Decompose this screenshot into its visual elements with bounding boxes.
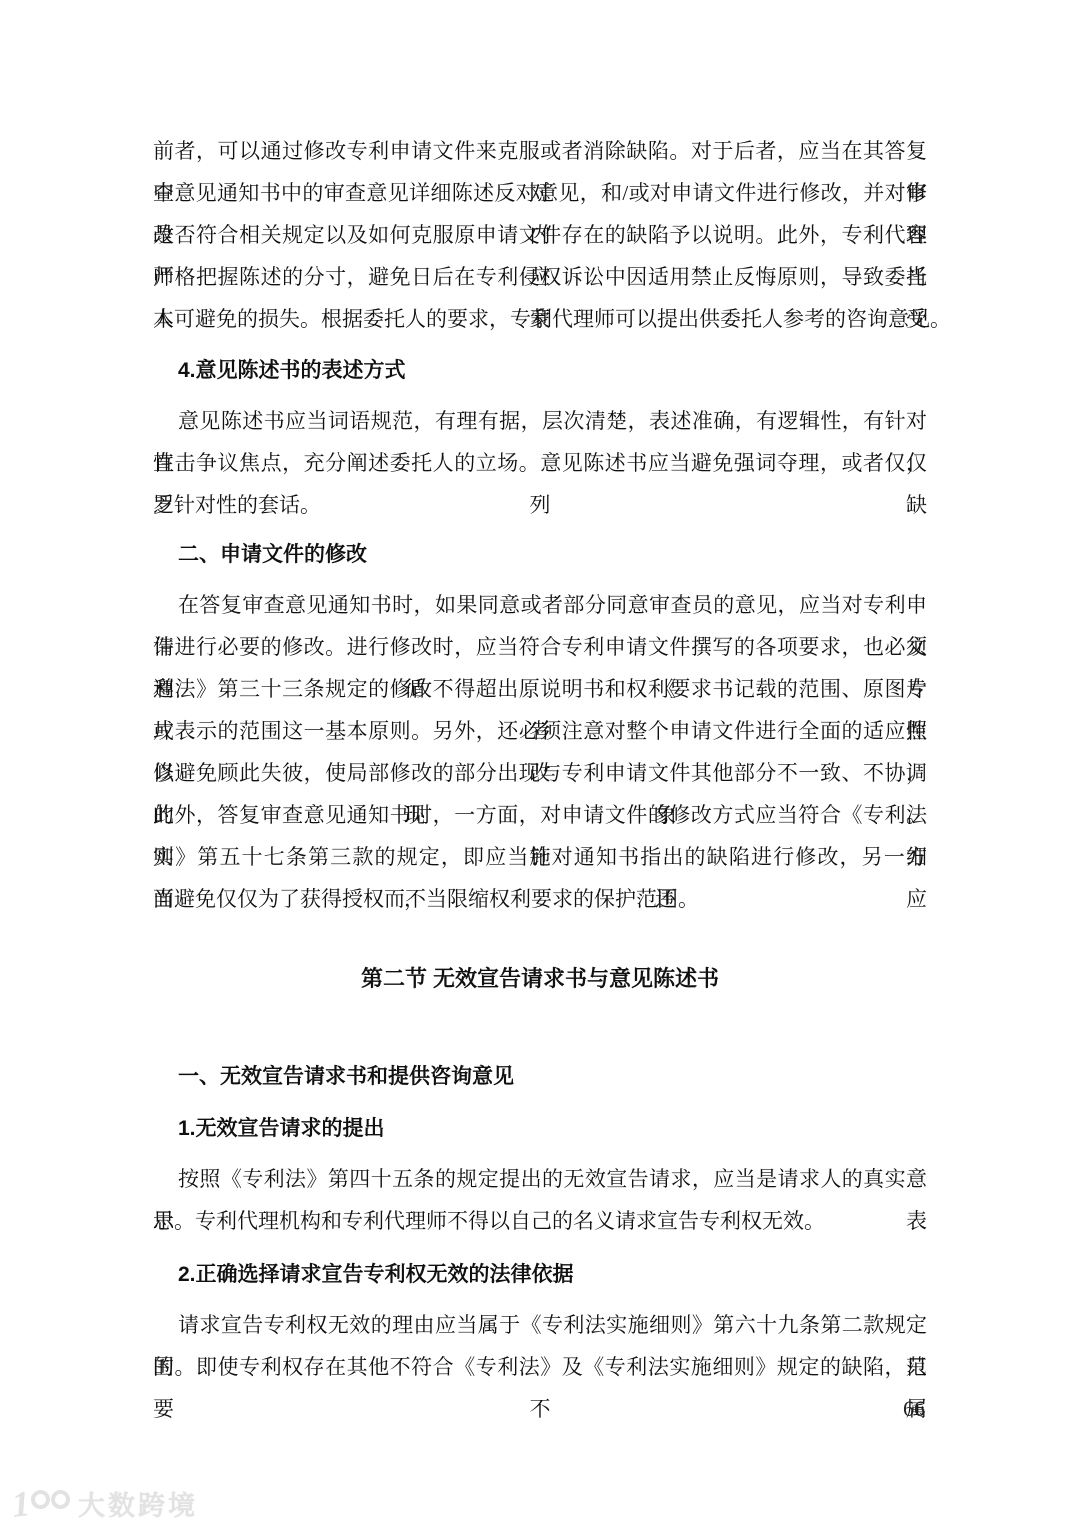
text-line: 意见陈述书应当词语规范，有理有据，层次清楚，表述准确，有逻辑性，有针对性，: [153, 400, 927, 442]
heading-invalidation-request: 一、无效宣告请求书和提供咨询意见: [153, 1056, 927, 1098]
text-line: 以避免顾此失彼，使局部修改的部分出现与专利申请文件其他部分不一致、不协调的现象。: [153, 752, 927, 794]
text-line: 严格把握陈述的分寸，避免日后在专利侵权诉讼中因适用禁止反悔原则，导致委托人蒙受: [153, 256, 927, 298]
watermark: 1 大数跨境: [12, 1484, 198, 1523]
page-number: 66: [903, 1396, 925, 1422]
heading-filing-invalidation: 1.无效宣告请求的提出: [153, 1108, 927, 1150]
text-line: 片表示的范围这一基本原则。另外，还必须注意对整个申请文件进行全面的适应性修改，: [153, 710, 927, 752]
text-line: 此外，答复审查意见通知书时，一方面，对申请文件的修改方式应当符合《专利法实施细: [153, 794, 927, 836]
document-page: 前者，可以通过修改专利申请文件来克服或者消除缺陷。对于后者，应当在其答复中对审 …: [0, 0, 1080, 1527]
watermark-digit: 1: [10, 1488, 31, 1520]
text-line: 件进行必要的修改。进行修改时，应当符合专利申请文件撰写的各项要求，也必须遵循《专: [153, 626, 927, 668]
watermark-100-icon: 1: [12, 1489, 70, 1519]
section-title: 第二节 无效宣告请求书与意见陈述书: [153, 958, 927, 1000]
text-line: 则》第五十七条第三款的规定，即应当针对通知书指出的缺陷进行修改，另一方面，还应: [153, 836, 927, 878]
heading-legal-basis: 2.正确选择请求宣告专利权无效的法律依据: [153, 1254, 927, 1296]
heading-expression-style: 4.意见陈述书的表述方式: [153, 350, 927, 392]
text-line: 本可避免的损失。根据委托人的要求，专利代理师可以提出供委托人参考的咨询意见。: [153, 298, 927, 340]
text-line: 查意见通知书中的审查意见详细陈述反对意见，和/或对申请文件进行修改，并对修改内容: [153, 172, 927, 214]
text-line: 示。专利代理机构和专利代理师不得以自己的名义请求宣告专利权无效。: [153, 1200, 927, 1242]
watermark-ring-icon: [51, 1490, 70, 1509]
watermark-brand-text: 大数跨境: [78, 1484, 198, 1523]
heading-application-amendment: 二、申请文件的修改: [153, 534, 927, 576]
text-line: 利法》第三十三条规定的修改不得超出原说明书和权利要求书记载的范围、原图片或者照: [153, 668, 927, 710]
text-line: 请求宣告专利权无效的理由应当属于《专利法实施细则》第六十九条第二款规定的范: [153, 1304, 927, 1346]
text-line: 按照《专利法》第四十五条的规定提出的无效宣告请求，应当是请求人的真实意思表: [153, 1158, 927, 1200]
text-line: 是否符合相关规定以及如何克服原申请文件存在的缺陷予以说明。此外，专利代理师应当: [153, 214, 927, 256]
watermark-ring-icon: [31, 1490, 50, 1509]
text-line: 围。即使专利权存在其他不符合《专利法》及《专利法实施细则》规定的缺陷，只要不属: [153, 1346, 927, 1388]
text-line: 前者，可以通过修改专利申请文件来克服或者消除缺陷。对于后者，应当在其答复中对审: [153, 130, 927, 172]
text-line: 在答复审查意见通知书时，如果同意或者部分同意审查员的意见，应当对专利申请文: [153, 584, 927, 626]
document-content: 前者，可以通过修改专利申请文件来克服或者消除缺陷。对于后者，应当在其答复中对审 …: [153, 130, 927, 1388]
text-line: 直击争议焦点，充分阐述委托人的立场。意见陈述书应当避免强词夺理，或者仅仅罗列缺: [153, 442, 927, 484]
